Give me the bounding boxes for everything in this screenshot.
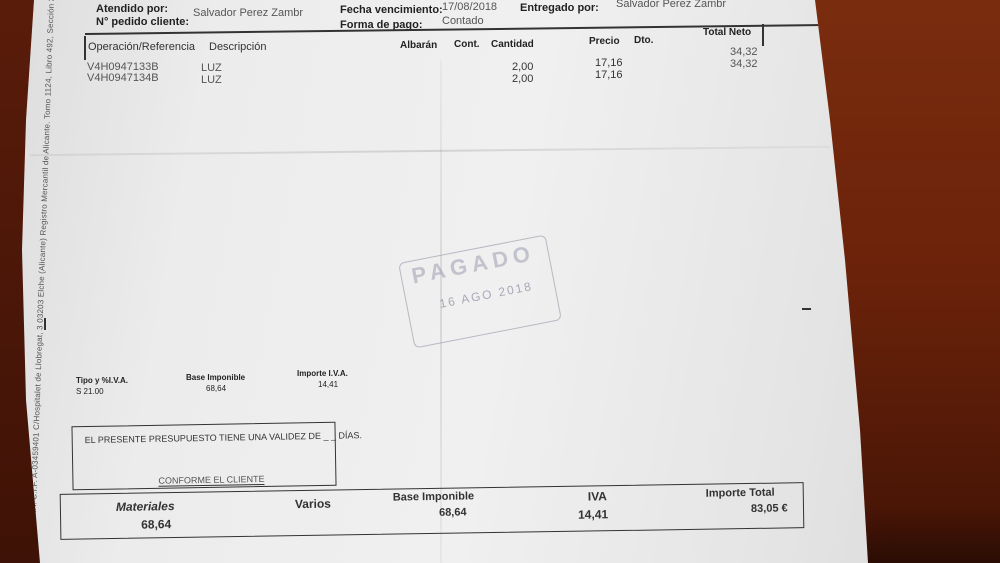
vat-amount-label: Importe I.V.A.	[297, 369, 348, 378]
vat-total-value: 14,41	[578, 507, 608, 521]
taxable-base-label: Base Imponible	[186, 373, 245, 382]
column-header-reference: Operación/Referencia	[88, 41, 195, 53]
paid-stamp: PAGADO 16 AGO 2018	[398, 234, 562, 348]
materials-label: Materiales	[116, 499, 175, 514]
row-description: LUZ	[201, 74, 222, 86]
validity-text: EL PRESENTE PRESUPUESTO TIENE UNA VALIDE…	[85, 430, 362, 445]
fold-mark	[44, 318, 46, 330]
column-header-albaran: Albarán	[400, 40, 437, 51]
row-net-total: 34,32	[730, 58, 758, 70]
legal-footer-text: movil S.A. C.I.F. A-03459401 C/Hospitale…	[28, 0, 58, 540]
row-quantity: 2,00	[512, 61, 533, 73]
paper-fold-horizontal	[30, 146, 830, 156]
materials-value: 68,64	[141, 517, 171, 531]
vat-type-value: S 21.00	[76, 387, 104, 396]
due-date-value: 17/08/2018	[442, 1, 497, 13]
vat-type-label: Tipo y %I.V.A.	[76, 376, 128, 385]
row-price: 17,16	[595, 69, 623, 81]
client-order-label: N° pedido cliente:	[96, 16, 189, 28]
row-quantity: 2,00	[512, 73, 533, 85]
client-signature-label: CONFORME EL CLIENTE	[158, 474, 264, 487]
attended-by-value: Salvador Perez Zambr	[193, 7, 303, 19]
vat-total-label: IVA	[588, 489, 607, 503]
grand-total-value: 83,05 €	[751, 502, 788, 515]
taxable-base-value: 68,64	[206, 384, 226, 393]
delivered-by-label: Entregado por:	[520, 2, 599, 14]
column-header-cont: Cont.	[454, 39, 480, 50]
column-header-quantity: Cantidad	[491, 39, 534, 50]
row-description: LUZ	[201, 62, 222, 74]
grand-total-label: Importe Total	[706, 487, 775, 500]
row-reference: V4H0947134B	[87, 72, 159, 84]
validity-box: EL PRESENTE PRESUPUESTO TIENE UNA VALIDE…	[71, 422, 336, 491]
row-price: 17,16	[595, 57, 623, 69]
due-date-label: Fecha vencimiento:	[340, 4, 443, 16]
row-net-total: 34,32	[730, 46, 758, 58]
delivered-by-value: Salvador Perez Zambr	[616, 0, 726, 10]
table-border-left	[84, 36, 86, 60]
table-border-right	[762, 24, 764, 46]
column-header-price: Precio	[589, 36, 620, 47]
base-total-value: 68,64	[439, 506, 467, 518]
payment-method-value: Contado	[442, 15, 484, 27]
vat-amount-value: 14,41	[318, 380, 338, 389]
fold-mark	[802, 308, 811, 310]
column-header-discount: Dto.	[634, 35, 653, 46]
stamp-date: 16 AGO 2018	[438, 279, 534, 311]
misc-label: Varios	[295, 497, 331, 512]
totals-box: Materiales 68,64 Varios Base Imponible 6…	[60, 482, 805, 540]
column-header-description: Descripción	[209, 41, 266, 53]
base-total-label: Base Imponible	[393, 490, 474, 503]
column-header-net-total: Total Neto	[703, 27, 751, 38]
attended-by-label: Atendido por:	[96, 3, 168, 15]
